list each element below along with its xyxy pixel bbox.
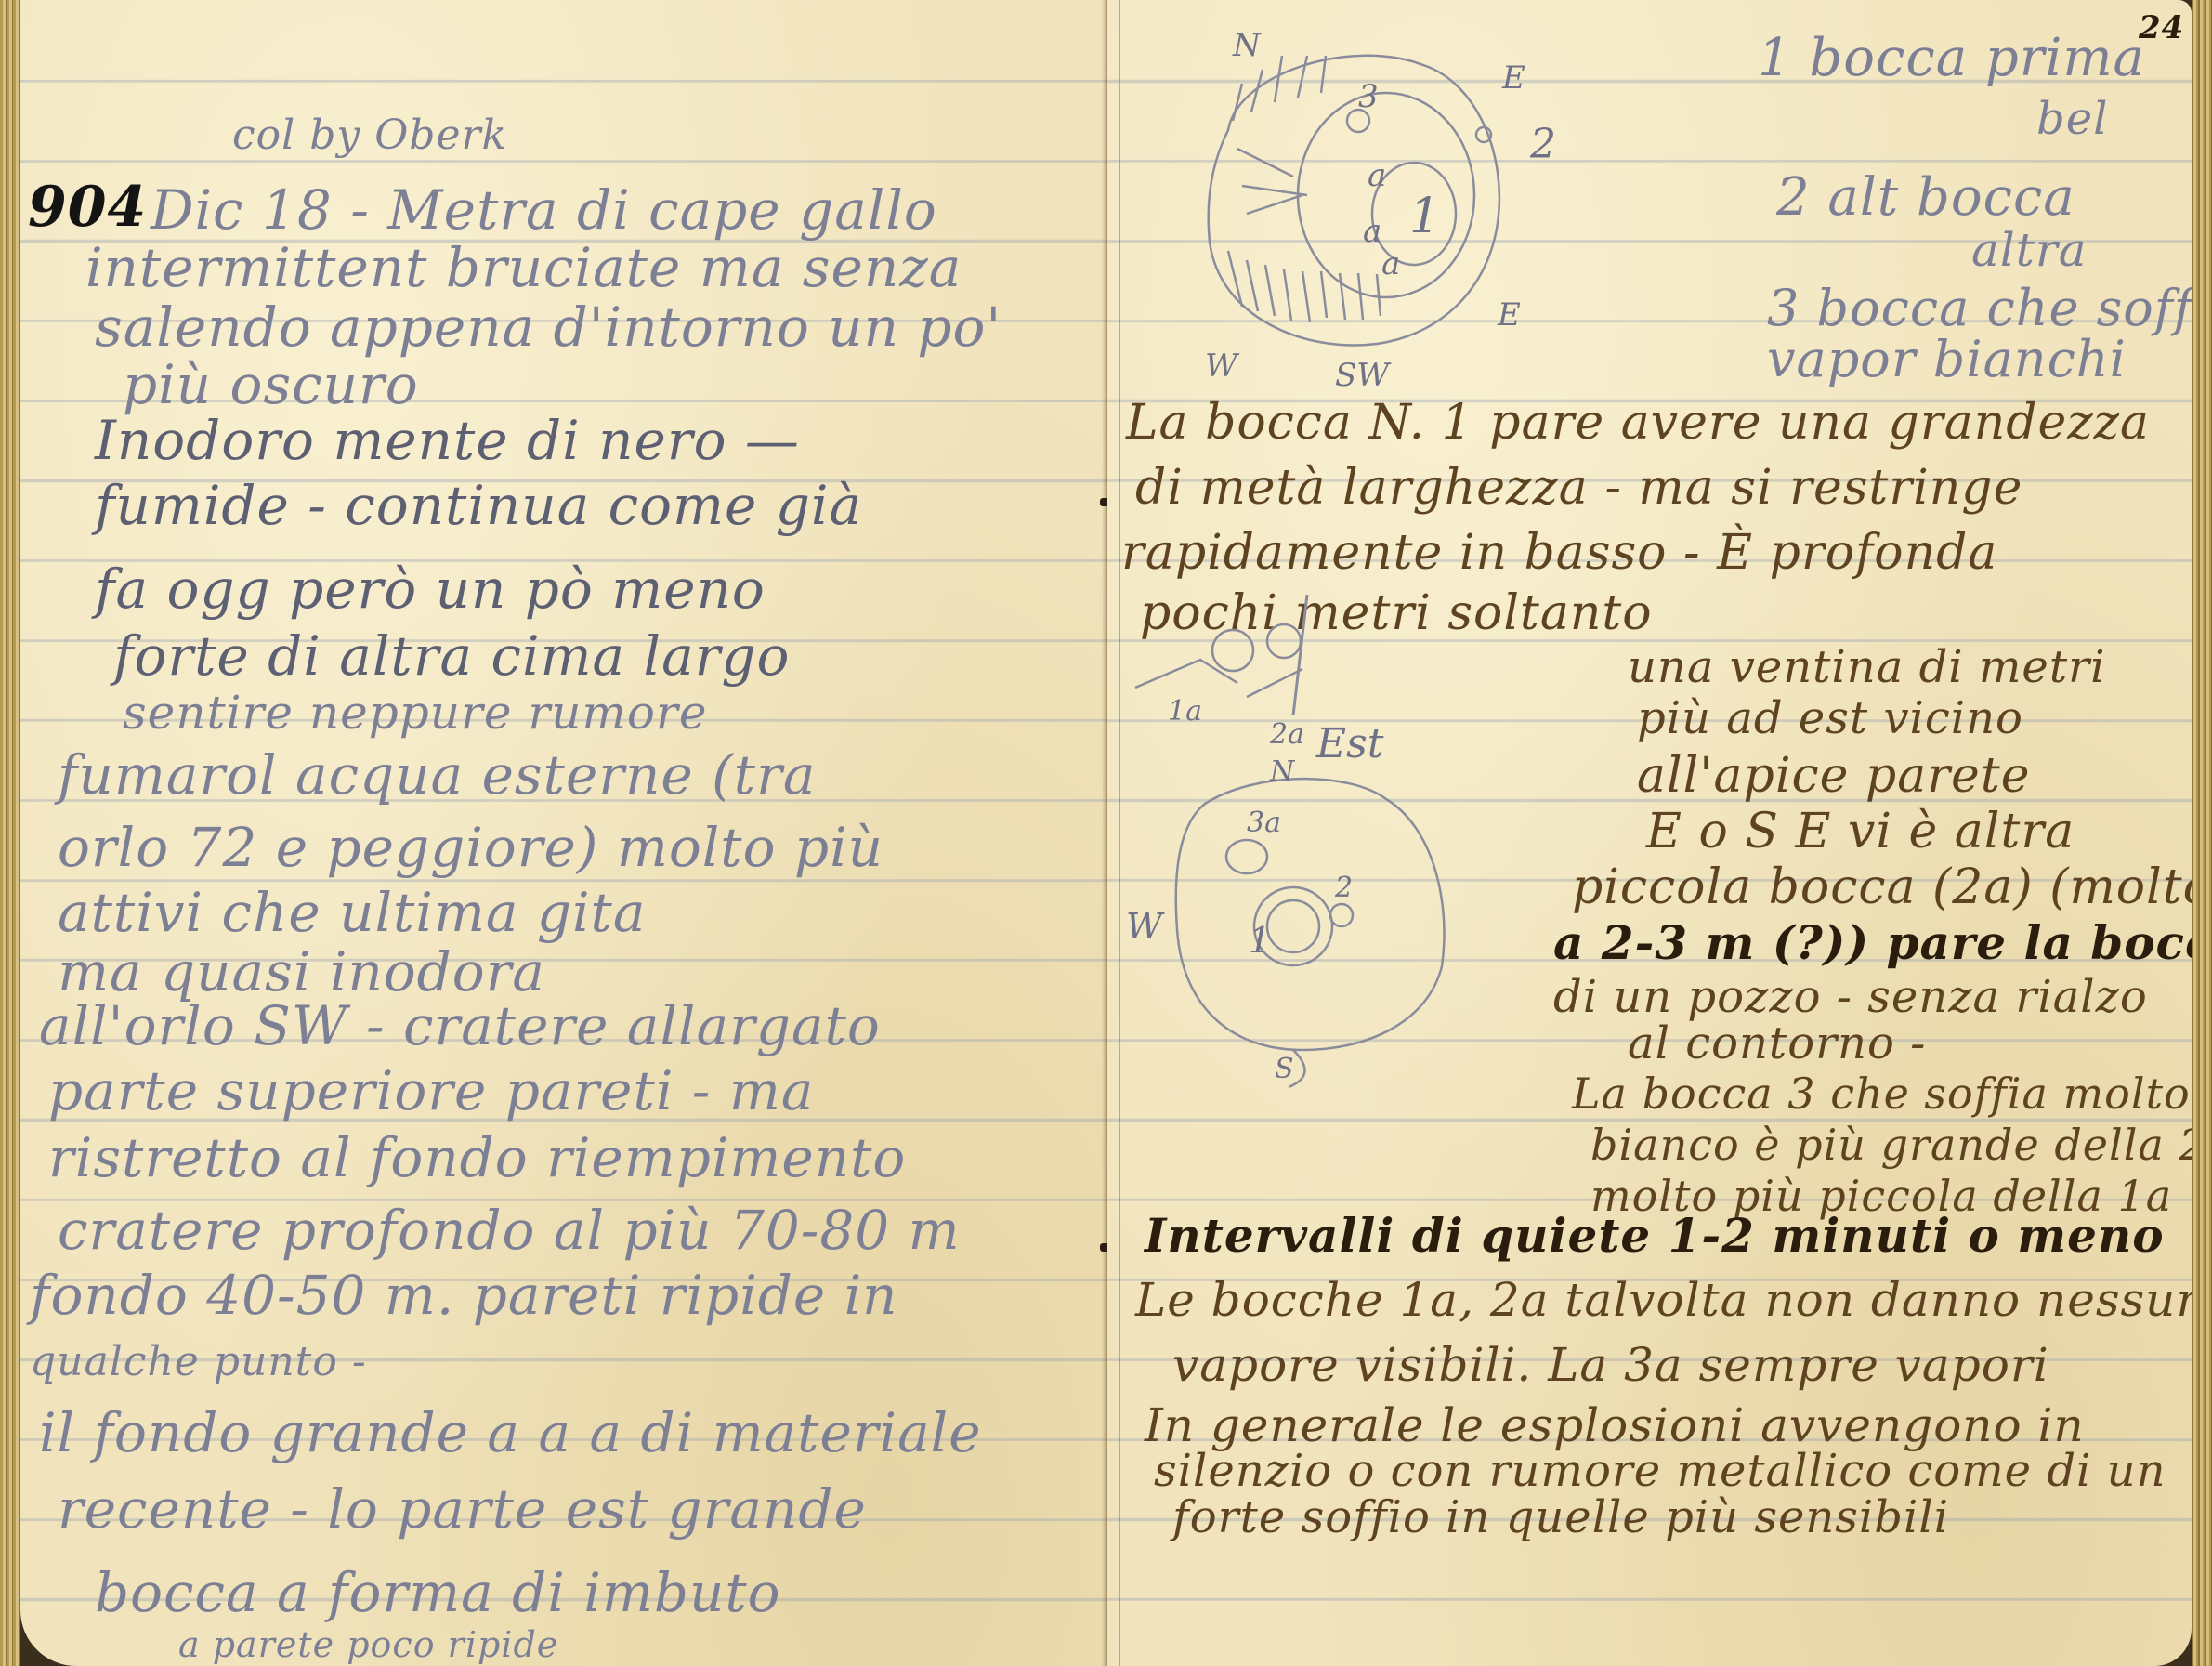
- text-line: intermittent bruciate ma senza: [85, 236, 962, 299]
- sketch-label: E: [1501, 59, 1525, 97]
- legend-item: bel: [2036, 93, 2108, 145]
- text-line: forte di altra cima largo: [113, 624, 790, 688]
- text-line: Dic 18 - Metra di cape gallo: [151, 178, 937, 242]
- text-line: a 2-3 m (?)) pare la bocca: [1553, 915, 2192, 970]
- left-page: 904 col by Oberk Dic 18 - Metra di cape …: [20, 0, 1107, 1666]
- sketch-label: a: [1381, 245, 1400, 282]
- text-line: parte superiore pareti - ma: [48, 1059, 814, 1122]
- sketch-label: 2: [1529, 121, 1556, 168]
- sketch-label: a: [1368, 157, 1386, 194]
- sketch-label: 3a: [1247, 807, 1281, 839]
- text-line: cratere profondo al più 70-80 m: [58, 1199, 961, 1262]
- legend-item: 1 bocca prima: [1758, 28, 2145, 88]
- text-line: rapidamente in basso - È profonda: [1121, 525, 1997, 581]
- sketch-label: SW: [1335, 357, 1392, 390]
- text-line: piccola bocca (2a) (molto: [1572, 859, 2192, 915]
- page-number: 24: [2139, 9, 2184, 46]
- sketch-label: N: [1232, 27, 1262, 64]
- text-line: il fondo grande a a a di materiale: [39, 1401, 982, 1464]
- margin-number: 904: [28, 175, 147, 240]
- text-line: Le bocche 1a, 2a talvolta non danno ness…: [1135, 1273, 2192, 1327]
- text-line: fumarol acqua esterne (tra: [58, 743, 816, 807]
- text-line: all'apice parete: [1637, 748, 2031, 804]
- text-line: salendo appena d'intorno un po': [95, 295, 1001, 359]
- text-line: fumide - continua come già: [95, 474, 862, 537]
- text-line: a parete poco ripide: [178, 1624, 558, 1665]
- sketch-label: 3: [1358, 78, 1379, 115]
- text-line: di un pozzo - senza rialzo: [1553, 971, 2148, 1023]
- notebook-spread: 904 col by Oberk Dic 18 - Metra di cape …: [0, 0, 2212, 1666]
- text-line: al contorno -: [1628, 1017, 1926, 1069]
- sketch-label: Est: [1315, 720, 1384, 767]
- text-line: La bocca 3 che soffia molto fumo: [1572, 1069, 2192, 1119]
- sketch-label: E: [1497, 296, 1521, 334]
- text-line: vapore visibili. La 3a sempre vapori: [1172, 1338, 2049, 1392]
- text-line: orlo 72 e peggiore) molto più: [58, 816, 883, 879]
- legend-item: vapor bianchi: [1767, 330, 2127, 388]
- header-note: col by Oberk: [232, 112, 507, 159]
- text-line: La bocca N. 1 pare avere una grandezza: [1126, 395, 2150, 451]
- sketch-label: W: [1126, 906, 1165, 947]
- text-line: Intervalli di quiete 1-2 minuti o meno: [1145, 1208, 2165, 1263]
- text-line: di metà larghezza - ma si restringe: [1135, 460, 2022, 516]
- text-line: sentire neppure rumore: [123, 686, 707, 740]
- text-line: silenzio o con rumore metallico come di …: [1154, 1445, 2166, 1497]
- text-line: qualche punto -: [30, 1338, 367, 1385]
- text-line: una ventina di metri: [1628, 641, 2105, 693]
- text-line: fondo 40-50 m. pareti ripide in: [30, 1264, 898, 1327]
- text-line: più oscuro: [123, 353, 419, 416]
- sketch-label: N: [1269, 755, 1296, 788]
- legend-item: 3 bocca che soffia: [1767, 279, 2192, 337]
- sketch-label: 1a: [1168, 695, 1202, 728]
- text-line: recente - lo parte est grande: [58, 1477, 867, 1541]
- text-line: E o S E vi è altra: [1646, 804, 2075, 859]
- text-line: all'orlo SW - cratere allargato: [39, 994, 881, 1057]
- left-page-stack-edge: [0, 0, 20, 1666]
- text-line: attivi che ultima gita: [58, 881, 646, 944]
- sketch-label: 1: [1249, 920, 1271, 961]
- sketch-label: S: [1275, 1053, 1294, 1085]
- sketch-label: 1: [1409, 189, 1440, 244]
- legend-item: 2 alt bocca: [1776, 167, 2075, 228]
- sketch-label: 2: [1334, 872, 1353, 904]
- legend-item: altra: [1971, 223, 2088, 277]
- text-line: fa ogg però un pò meno: [95, 558, 766, 621]
- text-line: ristretto al fondo riempimento: [48, 1126, 906, 1189]
- crater-sketch-plan: 1a 2a N Est 3a 2 1 W S: [1107, 595, 1590, 1115]
- sketch-label: W: [1205, 348, 1240, 385]
- text-line: forte soffio in quelle più sensibili: [1172, 1491, 1949, 1543]
- sketch-label: a: [1363, 213, 1381, 250]
- text-line: bianco è più grande della 2a e: [1590, 1120, 2192, 1170]
- text-line: bocca a forma di imbuto: [95, 1561, 781, 1624]
- text-line: Inodoro mente di nero —: [95, 409, 800, 472]
- sketch-label: 2a: [1269, 718, 1304, 751]
- crater-sketch-top: 3 a 1 a a 2 E E W SW N: [1163, 19, 1628, 390]
- text-line: più ad est vicino: [1637, 692, 2023, 744]
- right-page-stack-edge: [2192, 0, 2212, 1666]
- right-page: 24 3 a 1 a a 2 E E W: [1107, 0, 2192, 1666]
